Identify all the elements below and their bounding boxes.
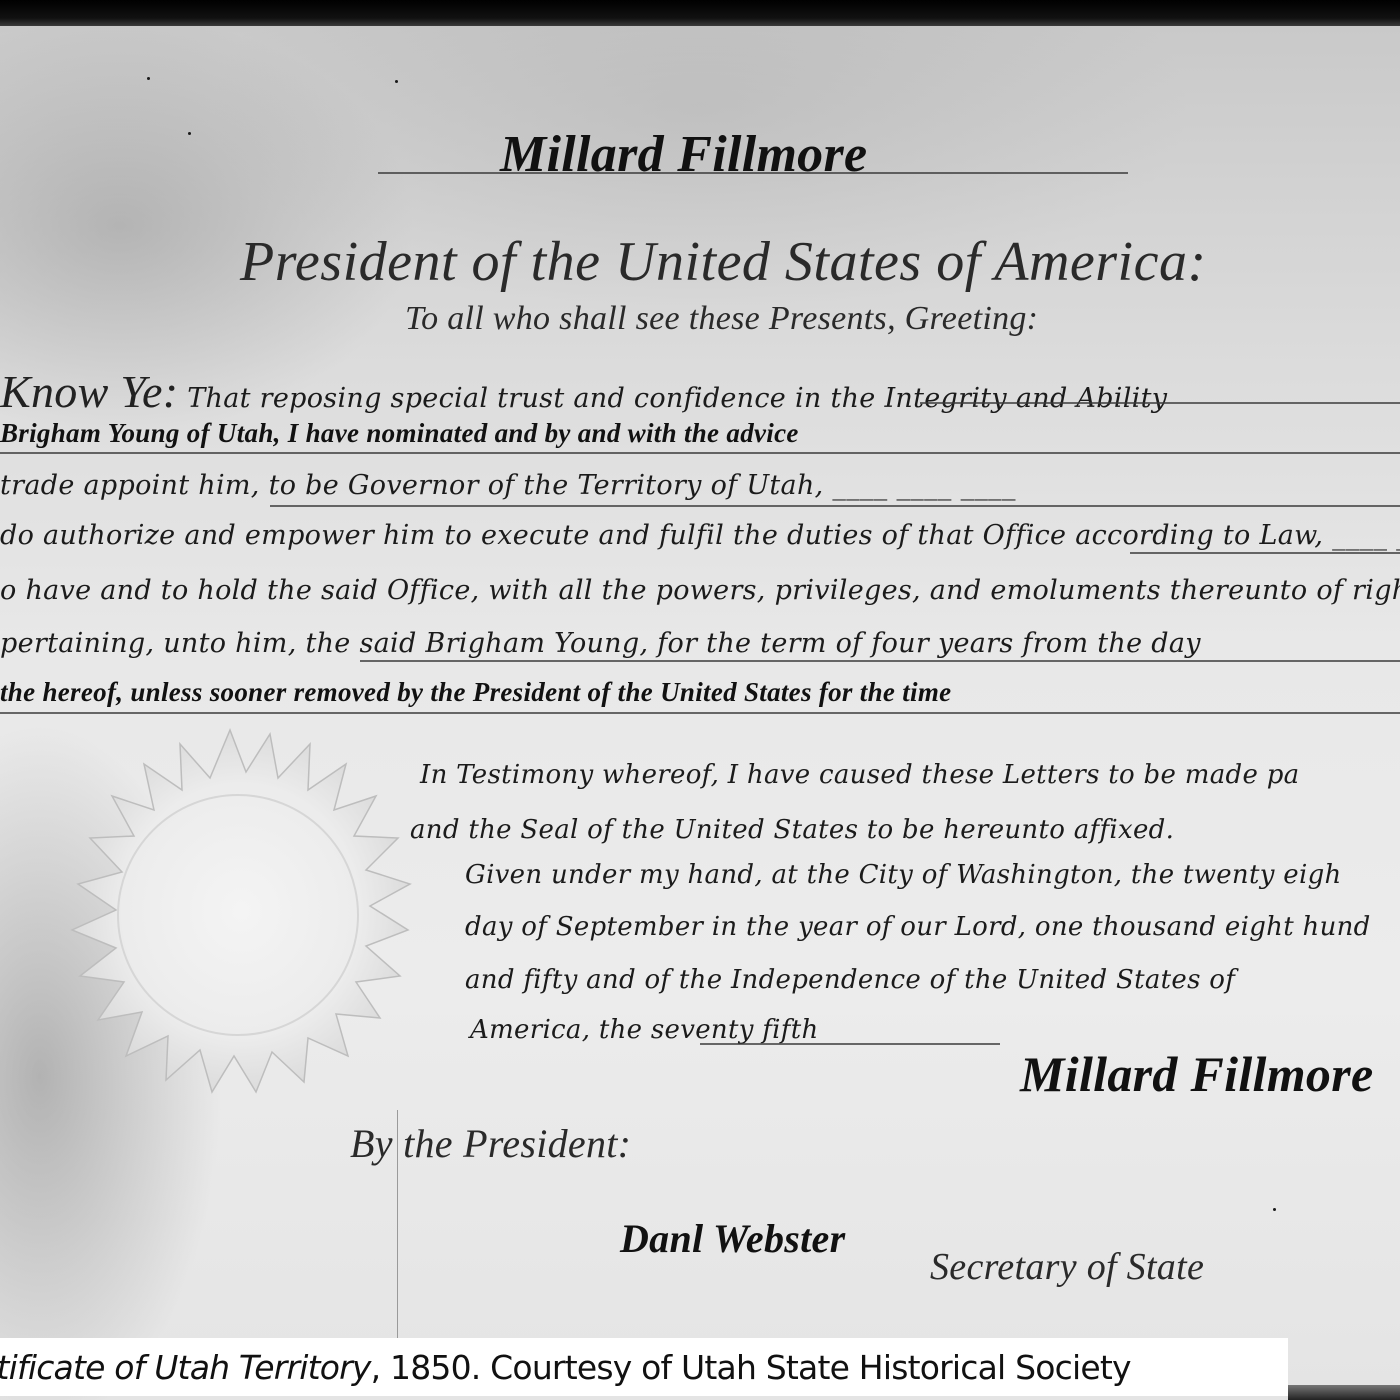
- body-line-6: pertaining, unto him, the said Brigham Y…: [0, 628, 1201, 659]
- fill-line: [1130, 552, 1400, 554]
- body-line-4: do authorize and empower him to execute …: [0, 520, 1400, 551]
- caption-title: Certificate of Utah Territory: [0, 1348, 371, 1387]
- testimony-line-2: and the Seal of the United States to be …: [410, 815, 1174, 845]
- paper-speck: [395, 80, 398, 83]
- testimony-line-5: and fifty and of the Independence of the…: [465, 965, 1235, 995]
- know-ye-lead: Know Ye:: [0, 366, 178, 417]
- body-line-5: o have and to hold the said Office, with…: [0, 575, 1400, 606]
- fill-line: [270, 505, 1400, 507]
- caption-credit: , 1850. Courtesy of Utah State Historica…: [371, 1348, 1131, 1387]
- body-line-7: the hereof, unless sooner removed by the…: [0, 677, 951, 708]
- paper-speck: [1273, 1208, 1276, 1211]
- president-name-heading: Millard Fillmore: [500, 125, 867, 184]
- caption-text: Certificate of Utah Territory, 1850. Cou…: [0, 1348, 1131, 1387]
- paper-speck: [188, 132, 191, 135]
- testimony-line-3: Given under my hand, at the City of Wash…: [465, 860, 1342, 890]
- body-line-2: Brigham Young of Utah, I have nominated …: [0, 418, 799, 449]
- body-line-3: trade appoint him, to be Governor of the…: [0, 470, 1016, 501]
- secretary-of-state-label: Secretary of State: [930, 1245, 1204, 1289]
- greeting-line: To all who shall see these Presents, Gre…: [405, 300, 1038, 338]
- fill-line: [700, 1043, 1000, 1045]
- fill-line: [920, 402, 1400, 404]
- testimony-line-6: America, the seventy fifth: [470, 1015, 819, 1045]
- by-the-president-label: By the President:: [350, 1120, 631, 1167]
- president-title: President of the United States of Americ…: [240, 230, 1207, 294]
- dark-scan-border-bottom: [1288, 1385, 1400, 1400]
- embossed-seal-icon: [20, 720, 440, 1100]
- dark-scan-border-top: [0, 0, 1400, 26]
- secretary-signature: Danl Webster: [620, 1215, 845, 1262]
- heading-underline: [378, 172, 1128, 174]
- fill-line: [0, 452, 1400, 454]
- image-caption: Certificate of Utah Territory, 1850. Cou…: [0, 1338, 1288, 1396]
- paper-speck: [147, 77, 150, 80]
- body-line-1: Know Ye: That reposing special trust and…: [0, 365, 1167, 418]
- testimony-line-1: In Testimony whereof, I have caused thes…: [420, 760, 1299, 790]
- fill-line: [0, 712, 1400, 714]
- fill-line: [360, 660, 1400, 662]
- testimony-line-4: day of September in the year of our Lord…: [465, 912, 1371, 942]
- president-signature: Millard Fillmore: [1020, 1045, 1373, 1103]
